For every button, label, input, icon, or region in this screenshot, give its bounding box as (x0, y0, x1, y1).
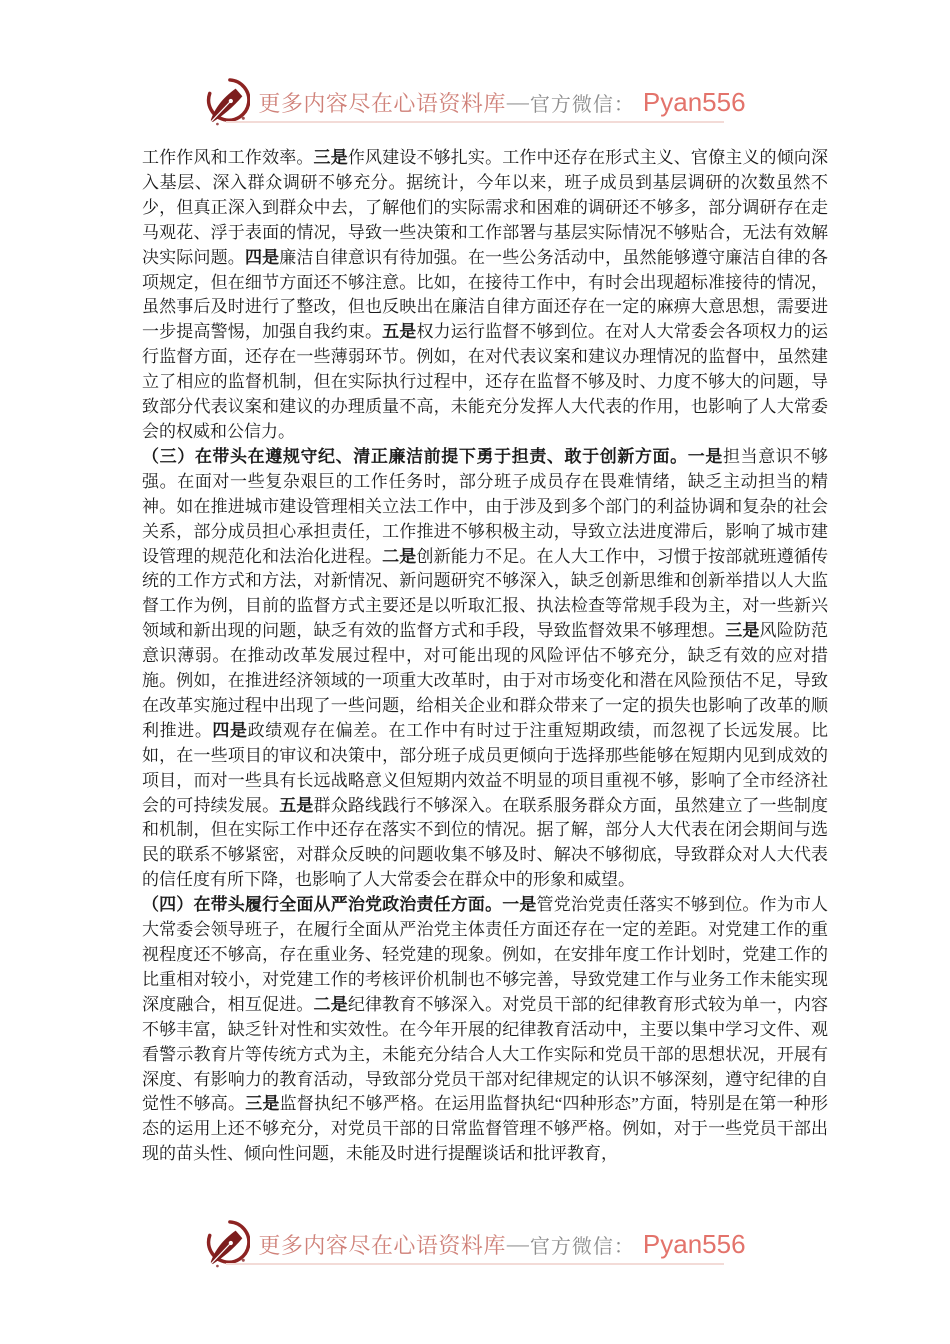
watermark-dash: — (507, 1231, 529, 1257)
bold-text-segment: 二是 (314, 995, 348, 1014)
bold-text-segment: 三是 (725, 621, 759, 640)
wechat-account: Pyan556 (643, 1229, 746, 1260)
wechat-label: 官方微信： (530, 1230, 635, 1259)
bold-text-segment: 三是 (245, 1094, 279, 1113)
document-page: 更多内容尽在心语资料库 — 官方微信： Pyan556 工作作风和工作效率。三是… (0, 0, 950, 1344)
wechat-account: Pyan556 (643, 87, 746, 118)
watermark-text: 更多内容尽在心语资料库 (258, 1229, 506, 1260)
bold-text-segment: 五是 (279, 796, 313, 815)
bold-text-segment: 四是 (212, 721, 247, 740)
bold-text-segment: 五是 (382, 322, 416, 341)
pen-logo-icon (204, 1219, 250, 1269)
document-body: 工作作风和工作效率。三是作风建设不够扎实。工作中还存在形式主义、官僚主义的倾向深… (142, 146, 828, 1167)
paragraph: 工作作风和工作效率。三是作风建设不够扎实。工作中还存在形式主义、官僚主义的倾向深… (142, 146, 828, 445)
bold-text-segment: 四是 (245, 248, 279, 267)
bold-text-segment: （四）在带头履行全面从严治党政治责任方面。一是 (142, 895, 537, 914)
paragraph: （三）在带头在遵规守纪、清正廉洁前提下勇于担责、敢于创新方面。一是担当意识不够强… (142, 445, 828, 893)
paragraph: （四）在带头履行全面从严治党政治责任方面。一是管党治党责任落实不够到位。作为市人… (142, 893, 828, 1167)
bold-text-segment: 二是 (382, 547, 416, 566)
watermark-banner-top: 更多内容尽在心语资料库 — 官方微信： Pyan556 (0, 76, 950, 128)
bold-text-segment: （三）在带头在遵规守纪、清正廉洁前提下勇于担责、敢于创新方面。一是 (142, 447, 723, 466)
watermark-banner-bottom: 更多内容尽在心语资料库 — 官方微信： Pyan556 (0, 1218, 950, 1270)
watermark-text: 更多内容尽在心语资料库 (258, 87, 506, 118)
watermark-dash: — (507, 89, 529, 115)
text-segment: 工作作风和工作效率。 (142, 148, 314, 167)
pen-logo-icon (204, 77, 250, 127)
wechat-label: 官方微信： (530, 88, 635, 117)
bold-text-segment: 三是 (314, 148, 348, 167)
